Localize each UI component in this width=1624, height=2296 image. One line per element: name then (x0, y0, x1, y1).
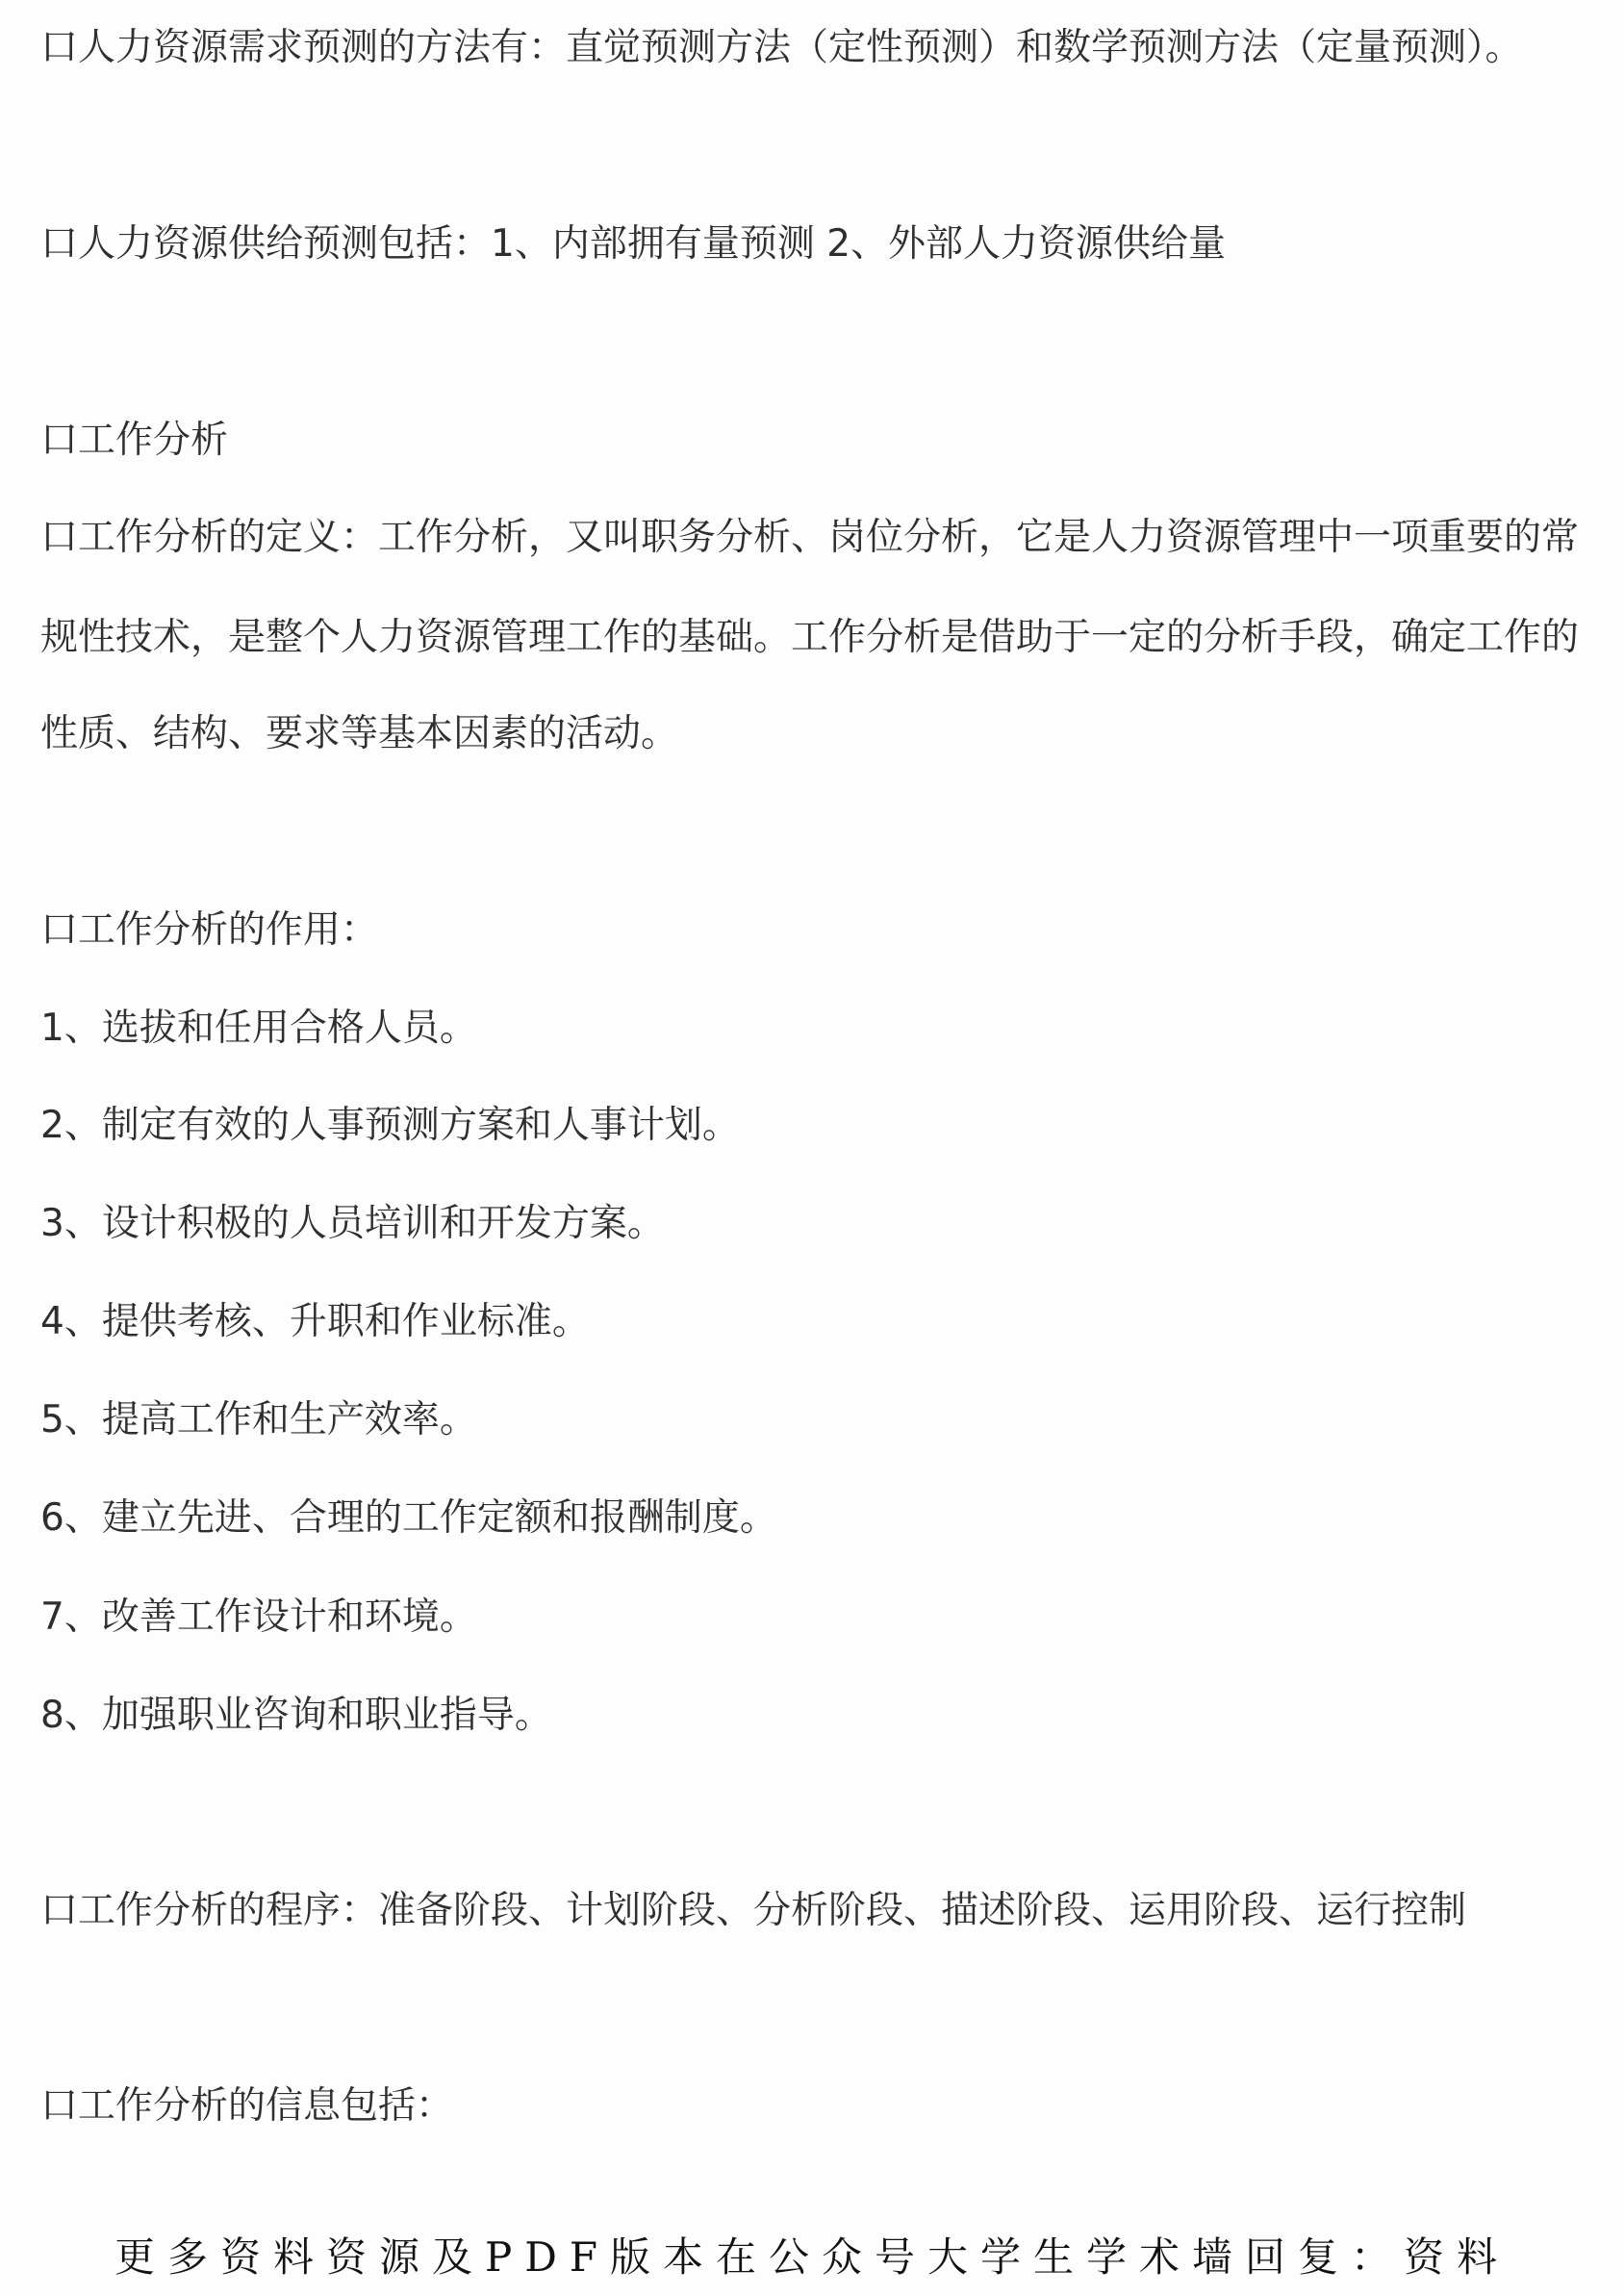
list-item: 2、制定有效的人事预测方案和人事计划。 (40, 1102, 740, 1150)
document-page: 口人力资源需求预测的方法有：直觉预测方法（定性预测）和数学预测方法（定量预测）。… (0, 0, 1624, 2296)
list-item: 8、加强职业咨询和职业指导。 (40, 1692, 552, 1740)
information-heading: 口工作分析的信息包括： (40, 2082, 453, 2130)
supply-forecast-paragraph: 口人力资源供给预测包括：1、内部拥有量预测 2、外部人力资源供给量 (40, 220, 1226, 268)
list-item: 1、选拔和任用合格人员。 (40, 1005, 477, 1053)
list-item: 6、建立先进、合理的工作定额和报酬制度。 (40, 1494, 777, 1543)
definition-line: 规性技术，是整个人力资源管理工作的基础。工作分析是借助于一定的分析手段，确定工作… (40, 614, 1579, 662)
definition-line: 口工作分析的定义：工作分析，又叫职务分析、岗位分析，它是人力资源管理中一项重要的… (40, 514, 1579, 562)
list-item: 3、设计积极的人员培训和开发方案。 (40, 1200, 665, 1248)
job-analysis-heading: 口工作分析 (40, 417, 228, 465)
list-item: 7、改善工作设计和环境。 (40, 1594, 477, 1642)
functions-heading: 口工作分析的作用： (40, 906, 378, 955)
list-item: 5、提高工作和生产效率。 (40, 1396, 477, 1444)
footer-promo-text: 更多资料资源及PDF版本在公众号大学生学术墙回复：资料 (0, 2231, 1624, 2284)
list-item: 4、提供考核、升职和作业标准。 (40, 1298, 590, 1346)
procedure-paragraph: 口工作分析的程序：准备阶段、计划阶段、分析阶段、描述阶段、运用阶段、运行控制 (40, 1887, 1466, 1935)
definition-line: 性质、结构、要求等基本因素的活动。 (40, 710, 678, 758)
demand-forecast-paragraph: 口人力资源需求预测的方法有：直觉预测方法（定性预测）和数学预测方法（定量预测）。 (40, 24, 1523, 72)
